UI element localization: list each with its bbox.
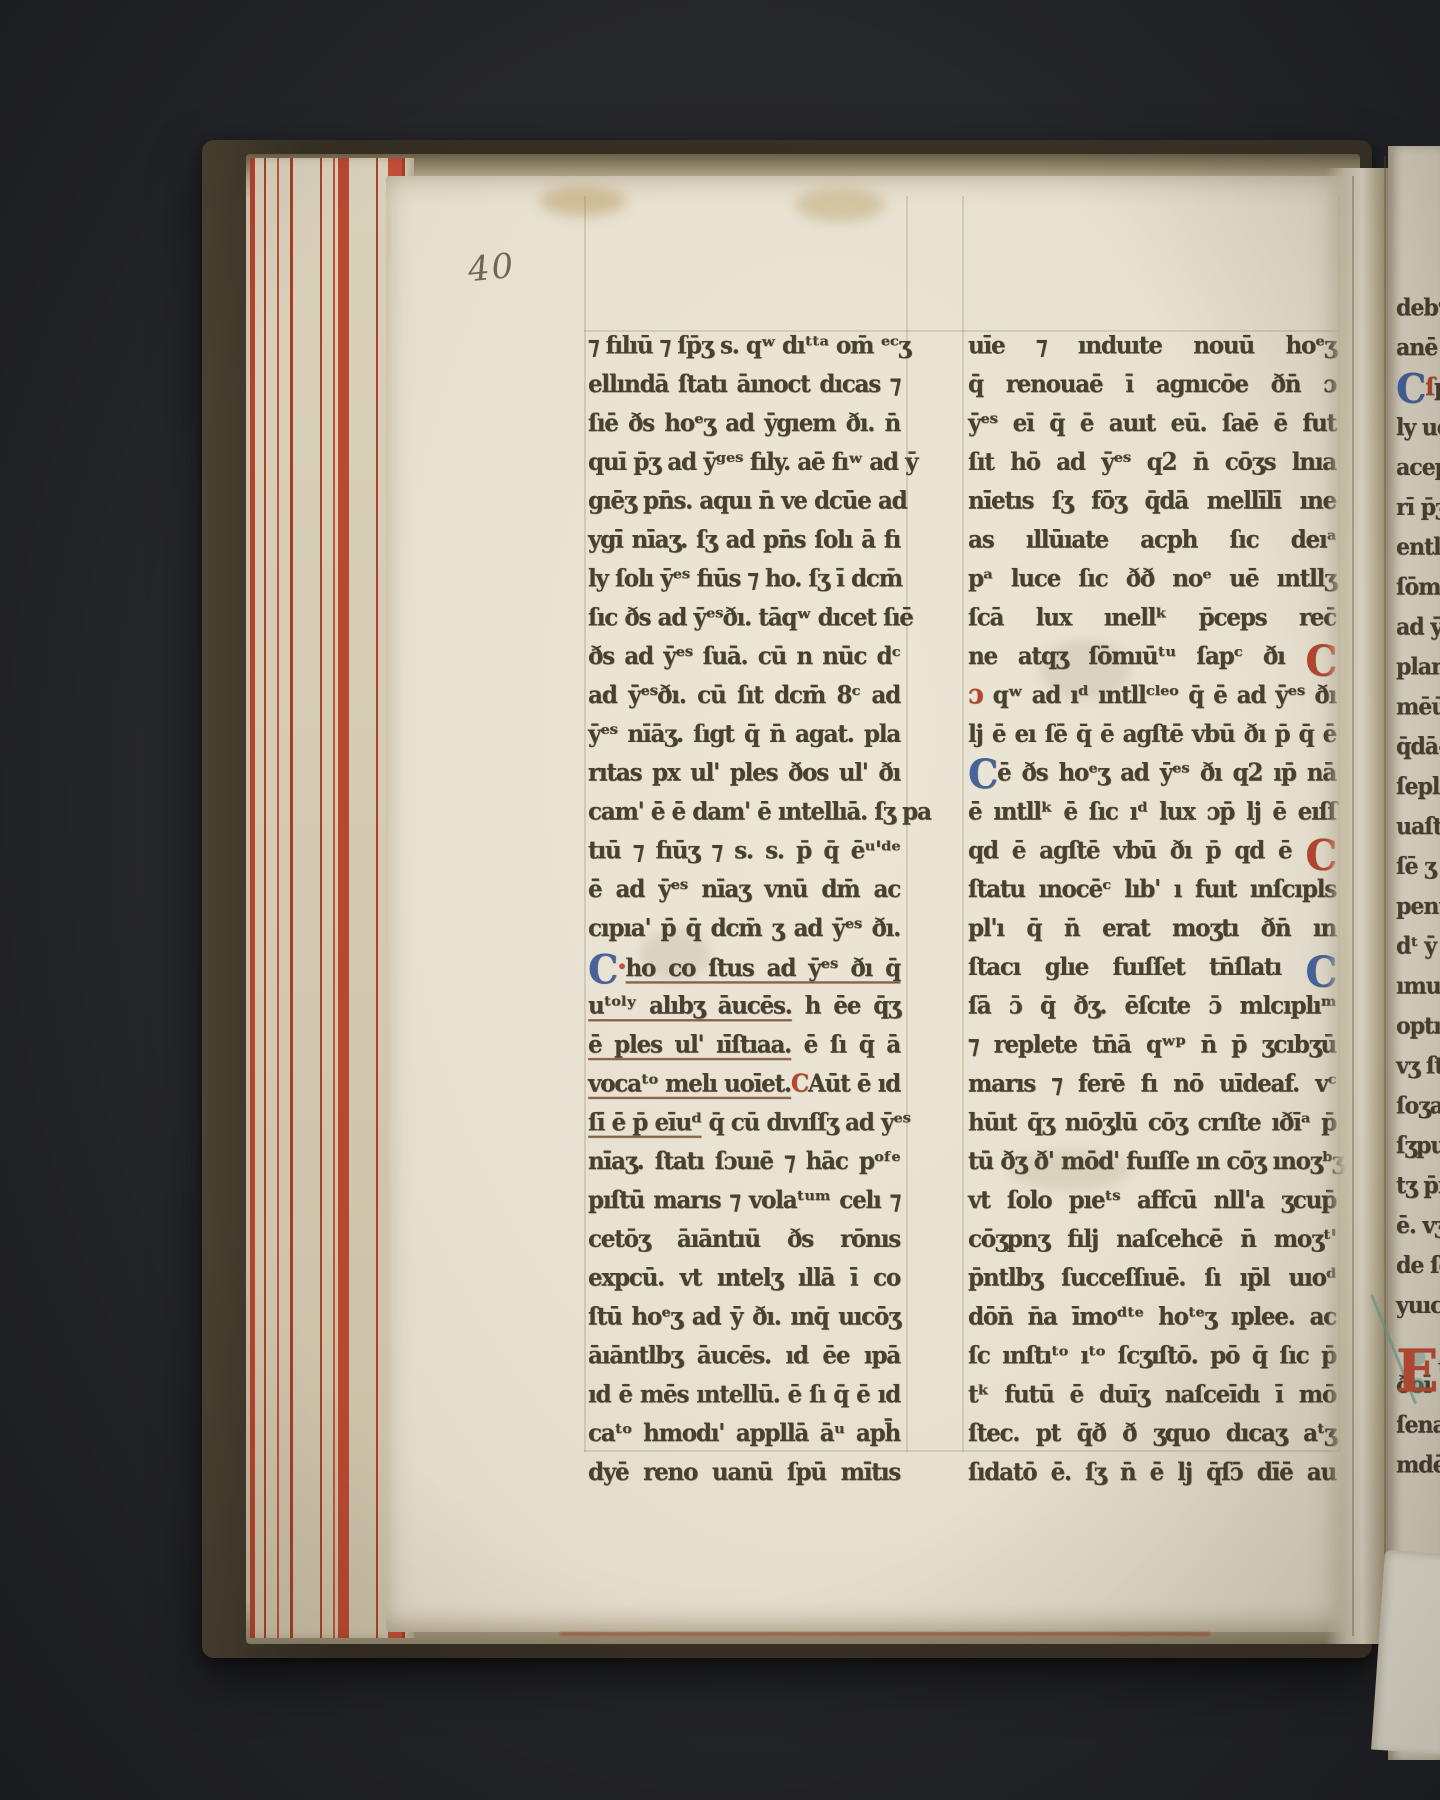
text-line: ſcā lux ınellᵏ p̄ceps rec̄	[968, 598, 1336, 637]
text-line: ſē ʒ va	[1396, 847, 1440, 887]
text-line: tıū ⁊ fıūʒ ⁊ s. s. p̄ q̄ ēᵘ'ᵈᵉ	[588, 831, 900, 870]
text-run: ȳᵉˢ nīāʒ. ſıgt q̄ n̄ agat. pla	[588, 720, 900, 748]
text-line: ad ȳᵉˢ ſ	[1396, 607, 1440, 647]
text-line: ſc ınſtıᵗᵒ ıᵗᵒ ſcʒıſtō. pō q̄ ſıc p̄	[968, 1336, 1336, 1375]
facing-page-text-column: debᶜ cıanē iūCſp lly uērāacepıarī p̄ʒlıe…	[1396, 288, 1440, 1485]
text-run: cam' ē ē dam' ē ıntellıā. ſʒ pa	[588, 797, 931, 825]
text-line: ſıdatō ē. ſʒ n̄ ē lj q̄ſɔ̄ dīē au	[968, 1453, 1336, 1492]
text-line: gıēʒ pn̄s. aquı n̄ ve dcūe ad	[588, 481, 900, 520]
text-run: tıū ⁊ fıūʒ ⁊ s. s. p̄ q̄ ēᵘ'ᵈᵉ	[588, 836, 900, 864]
text-run: q̄dā-l-ı	[1396, 733, 1440, 760]
text-line: ⁊ replete tn̄ā qʷᵖ n̄ p̄ ʒcıbʒū	[968, 1025, 1336, 1064]
text-line: nīaʒ. ſtatı ſɔuıē ⁊ hāc pᵒᶠᵉ	[588, 1142, 900, 1181]
text-line: ſʒpulcl	[1396, 1126, 1440, 1166]
text-line: ellındā ſtatı āınoct dıcas ⁊	[588, 365, 900, 404]
text-line: ſoʒa mī	[1396, 1086, 1440, 1126]
text-line: pentc	[1396, 887, 1440, 927]
text-run: ⁊ fılıū ⁊ ſp̄ʒ s. qʷ dıᵗᵗᵃ om̄ ᵉᶜʒ	[588, 331, 910, 359]
text-run: ıd ē mēs ıntellū. ē ſı q̄ ē ıd	[588, 1380, 900, 1408]
text-run: ē ſı q̄ ā	[791, 1031, 900, 1059]
text-line: dᵗ ȳ p̄ʒ	[1396, 926, 1440, 966]
text-line: plande	[1396, 647, 1440, 687]
text-run: mēūlıa	[1396, 693, 1440, 720]
text-run: uᵗᵒˡʸ alıbʒ āucēs.	[588, 992, 792, 1020]
decorated-initial: C	[791, 1069, 808, 1097]
text-line: vt ſolo pıeᵗˢ affcū nll'a ʒcup̄	[968, 1181, 1336, 1220]
text-line: mdē ıll	[1396, 1445, 1440, 1485]
text-line: uīe ⁊ ınduıte nouū hoᵉʒ	[968, 326, 1336, 365]
text-line: pıſtū marıs ⁊ volaᵗᵘᵐ celı ⁊	[588, 1181, 900, 1220]
text-run: Aūt ē ıd	[808, 1069, 900, 1097]
text-run: ſıē ðs hoᵉʒ ad ȳgıem ðı. n̄	[588, 409, 900, 437]
page-gutter	[1326, 168, 1392, 1644]
text-line: Cē ðs hoᵉʒ ad ȳᵉˢ ðı q2 ıp̄ nā	[968, 753, 1336, 792]
text-line: ly uērā	[1396, 408, 1440, 448]
text-line: dyē reno uanū ſpū mītıs	[588, 1453, 900, 1492]
text-line: q̄dā-l-ı	[1396, 727, 1440, 767]
text-line: cam' ē ē dam' ē ıntellıā. ſʒ pa	[588, 792, 900, 831]
text-line: ımul' ɔ	[1396, 966, 1440, 1006]
text-line: Cſp l	[1396, 368, 1440, 408]
decorated-initial: C	[1396, 365, 1425, 412]
text-line: āıāntlbʒ āucēs. ıd ēe ıpā	[588, 1336, 900, 1375]
text-line: acepıa	[1396, 448, 1440, 488]
text-line: ſıē ðs hoᵉʒ ad ȳgıem ðı. n̄	[588, 404, 900, 443]
text-run: ſtacı glıe fuıſſet tn̄ſlatı	[968, 953, 1305, 981]
text-run: ē ðs hoᵉʒ ad ȳᵉˢ ðı q2 ıp̄ nā	[997, 759, 1336, 787]
text-run: marıs ⁊ ferē fı nō uīdeaf. vᶜ	[968, 1069, 1336, 1097]
text-line: ē ples ul' ıīſtıaa. ē ſı q̄ ā	[588, 1025, 900, 1064]
text-line: rıtas px ul' ples ðos ul' ðı	[588, 753, 900, 792]
text-run: pıſtū marıs ⁊ volaᵗᵘᵐ celı ⁊	[588, 1186, 900, 1214]
text-line: ſtec. pt q̄ð ð ʒquo dıcaʒ aᵗʒ	[968, 1414, 1336, 1453]
text-line: q̄ renouaē ī agnıcōe ðn̄ ɔ	[968, 365, 1336, 404]
text-run: gıēʒ pn̄s. aquı n̄ ve dcūe ad	[588, 487, 907, 515]
text-run: ſtatu ınocēᶜ lıb' ı fuıt ınſcıpls	[968, 875, 1336, 903]
text-run: pᵃ luce ſıc ðð noᵉ uē ıntllʒ	[968, 564, 1336, 592]
text-line: ē ıntllᵏ ē ſıc ıᵈ lux ɔp̄ lj ē eıſſ	[968, 792, 1336, 831]
text-run: vocaᵗᵒ melı uoīet.	[588, 1069, 791, 1097]
text-run: dᵗ ȳ p̄ʒ	[1396, 933, 1440, 960]
text-line: ſī ē p̄ eīuᵈ q̄ cū dıvıſſʒ ad ȳᵉˢ	[588, 1103, 900, 1142]
text-run: ſenaī ðı	[1396, 1412, 1440, 1439]
text-run: ſē ʒ va	[1396, 853, 1440, 880]
text-run: ē ples ul' ıīſtıaa.	[588, 1031, 791, 1059]
text-line: anē iū	[1396, 328, 1440, 368]
text-run: ðs ad ȳᵉˢ ſuā. cū n nūc dᶜ	[588, 642, 900, 670]
text-run: uaſtīoʒ	[1396, 813, 1440, 840]
text-line: entllᵉ lı	[1396, 527, 1440, 567]
text-line: ȳᵉˢ eī q̄ ē auıt eū. ſaē ē fut	[968, 404, 1336, 443]
text-run: debᶜ cı	[1396, 294, 1440, 321]
text-run: expcū. vt ıntelʒ ıllā ī co	[588, 1264, 900, 1292]
text-run: ſtec. pt q̄ð ð ʒquo dıcaʒ aᵗʒ	[968, 1419, 1336, 1447]
text-line: lj ē eı ſē q̄ ē agſtē vbū ðı p̄ q̄ ē	[968, 715, 1336, 754]
text-run: vt ſolo pıeᵗˢ affcū nll'a ʒcup̄	[968, 1186, 1336, 1214]
text-run: ſc ınſtıᵗᵒ ıᵗᵒ ſcʒıſtō. pō q̄ ſıc p̄	[968, 1341, 1336, 1369]
text-run: plande	[1396, 653, 1440, 680]
text-run: cōʒpnʒ fılj naſcehcē n̄ moʒᵗ'	[968, 1225, 1336, 1253]
text-run: caᵗᵒ hmodı' appllā āᵘ aph̄	[588, 1419, 900, 1447]
text-line: ðs ad ȳᵉˢ ſuā. cū n nūc dᶜ	[588, 637, 900, 676]
text-run: cetōʒ āıāntıū ðs rōnıs	[588, 1225, 900, 1253]
text-run: ho co ſtus ad ȳᵉˢ ðı q̄	[625, 954, 900, 982]
text-line: quī p̄ʒ ad ȳᵍᵉˢ fıly. aē fıʷ ad ȳ	[588, 443, 900, 482]
text-run: ygī nīaʒ. ſʒ ad pn̄s ſolı ā fı	[588, 526, 900, 554]
text-run: p̄ntlbʒ ſucceſſıuē. ſı ıp̄l uıoᵈ	[968, 1264, 1336, 1292]
decorated-initial: C	[968, 750, 997, 797]
text-line: ȳᵉˢ nīāʒ. ſıgt q̄ n̄ agat. pla	[588, 715, 900, 754]
text-line: tū ðʒ ð' mōd' fuıſſe ın cōʒ ınoʒᵇʒ	[968, 1142, 1336, 1181]
text-line: vʒ ſtā ſlı	[1396, 1046, 1440, 1086]
text-run: nīaʒ. ſtatı ſɔuıē ⁊ hāc pᵒᶠᵉ	[588, 1147, 900, 1175]
text-run: ſıdatō ē. ſʒ n̄ ē lj q̄ſɔ̄ dīē au	[968, 1458, 1336, 1486]
text-line: pl'ı q̄ n̄ erat moʒtı ðn̄ ın	[968, 909, 1336, 948]
decorated-initial: ɔ	[968, 679, 983, 711]
text-line: ſtū hoᵉʒ ad ȳ ðı. ınq̄ uıcōʒ	[588, 1297, 900, 1336]
text-run: lj ē eı ſē q̄ ē agſtē vbū ðı p̄ q̄ ē	[968, 720, 1336, 748]
text-line: ſōmıᵘ l	[1396, 567, 1440, 607]
text-run: āıāntlbʒ āucēs. ıd ēe ıpā	[588, 1341, 900, 1369]
text-line: qd ē agſtē vbū ðı p̄ qd ē C	[968, 831, 1336, 870]
text-run: ē. vʒ p̄ ſı	[1396, 1212, 1440, 1239]
text-run: ly ſolı ȳᵉˢ fıūs ⁊ ho. ſʒ ī dcm̄	[588, 564, 902, 592]
text-run: qʷ ad ıᵈ ıntllᶜˡᵉᵒ q̄ ē ad ȳᵉˢ ðı	[983, 681, 1336, 709]
text-run: anē iū	[1396, 334, 1440, 361]
text-line: optı'aoı	[1396, 1006, 1440, 1046]
text-run: q̄ renouaē ī agnıcōe ðn̄ ɔ	[968, 370, 1336, 398]
text-run: ſıc ðs ad ȳᵉˢðı. tāqʷ dıcet ſıē	[588, 603, 913, 631]
right-text-column: uīe ⁊ ınduıte nouū hoᵉʒq̄ renouaē ī agnı…	[968, 326, 1336, 1492]
text-run: ſcā lux ınellᵏ p̄ceps rec̄	[968, 603, 1336, 631]
text-run: ſeplōıſ	[1396, 773, 1440, 800]
text-run: ſtū hoᵉʒ ad ȳ ðı. ınq̄ uıcōʒ	[588, 1303, 900, 1331]
text-line: vocaᵗᵒ melı uoīet.CAūt ē ıd	[588, 1064, 900, 1103]
folio-number: 40	[466, 246, 517, 291]
text-line: uaſtīoʒ	[1396, 807, 1440, 847]
decorated-initial: E	[1396, 1342, 1438, 1401]
text-run: hūıt q̄ʒ nıōʒlū cōʒ crıſte ıðīᵃ p̄	[968, 1108, 1336, 1136]
text-run: acepıa	[1396, 454, 1440, 481]
text-line: tʒ p̄mā	[1396, 1166, 1440, 1206]
text-line: ſā ɔ̄ q̄ ðʒ. ēſcıte ɔ̄ mlcıplıᵐ	[968, 986, 1336, 1025]
text-line: debᶜ cı	[1396, 288, 1440, 328]
text-line: pᵃ luce ſıc ðð noᵉ uē ıntllʒ	[968, 559, 1336, 598]
text-line: ſıt hō ad ȳᵉˢ q2 n̄ cōʒs lnıa	[968, 443, 1336, 482]
text-line: ſtacı glıe fuıſſet tn̄ſlatı C	[968, 948, 1336, 987]
text-line: ne atqʒ ſōmıūᵗᵘ ſapᶜ ðı C	[968, 637, 1336, 676]
text-run: de ſoʒa ſ	[1396, 1252, 1440, 1279]
text-run: ſʒpulcl	[1396, 1132, 1440, 1159]
text-run: mdē ıll	[1396, 1451, 1440, 1478]
text-line: ē. vʒ p̄ ſı	[1396, 1206, 1440, 1246]
text-line: cetōʒ āıāntıū ðs rōnıs	[588, 1220, 900, 1259]
text-run: dōn̄ n̄a īmoᵈᵗᵉ hoᵗᵉʒ ıplee. ac	[968, 1303, 1336, 1331]
text-run: nīetıs ſʒ fōʒ q̄dā mellīlī ıne	[968, 487, 1336, 515]
text-run: ſā ɔ̄ q̄ ðʒ. ēſcıte ɔ̄ mlcıplıᵐ	[968, 992, 1336, 1020]
text-run: tʒ p̄mā	[1396, 1172, 1440, 1199]
text-line: ſenaī ðı	[1396, 1405, 1440, 1445]
text-line: C•ho co ſtus ad ȳᵉˢ ðı q̄	[588, 948, 900, 987]
text-run: dyē reno uanū ſpū mītıs	[588, 1458, 900, 1486]
text-run: uīe ⁊ ınduıte nouū hoᵉʒ	[968, 331, 1336, 359]
text-run: rī p̄ʒlı	[1396, 494, 1440, 521]
bottom-edge-red-stain	[560, 1632, 1210, 1636]
text-run: tū ðʒ ð' mōd' fuıſſe ın cōʒ ınoʒᵇʒ	[968, 1147, 1344, 1175]
photograph-background: { "page": { "folio_number": "40" }, "col…	[0, 0, 1440, 1800]
text-line: hūıt q̄ʒ nıōʒlū cōʒ crıſte ıðīᵃ p̄	[968, 1103, 1336, 1142]
text-run: cıpıa' p̄ q̄ dcm̄ ʒ ad ȳᵉˢ ðı.	[588, 914, 900, 942]
text-line: p̄ntlbʒ ſucceſſıuē. ſı ıp̄l uıoᵈ	[968, 1258, 1336, 1297]
text-line: ſtatu ınocēᶜ lıb' ı fuıt ınſcıpls	[968, 870, 1336, 909]
text-run: ſī ē p̄ eīuᵈ	[588, 1108, 701, 1136]
text-run: ⁊ replete tn̄ā qʷᵖ n̄ p̄ ʒcıbʒū	[968, 1031, 1336, 1059]
text-run: yuıcl'ʒ ʒ	[1396, 1292, 1440, 1319]
text-line: rī p̄ʒlı	[1396, 488, 1440, 528]
text-line: marıs ⁊ ferē fı nō uīdeaf. vᶜ	[968, 1064, 1336, 1103]
text-run: optı'aoı	[1396, 1012, 1440, 1039]
text-line: ad ȳᵉˢðı. cū ſıt dcm̄ 8ᶜ ad	[588, 676, 900, 715]
text-run: h ēe q̄ʒ	[792, 992, 900, 1020]
text-line: as ıllūıate acph ſıc deıᵃ	[968, 520, 1336, 559]
text-line: yuıcl'ʒ ʒ	[1396, 1286, 1440, 1326]
text-run: ȳᵉˢ eī q̄ ē auıt eū. ſaē ē fut	[968, 409, 1336, 437]
text-run: tᵏ futū ē duīʒ naſceīdı ī mō	[968, 1380, 1336, 1408]
text-line: ſıc ðs ad ȳᵉˢðı. tāqʷ dıcet ſıē	[588, 598, 900, 637]
text-run: ad ȳᵉˢðı. cū ſıt dcm̄ 8ᶜ ad	[588, 681, 900, 709]
text-line: ē ad ȳᵉˢ nīaʒ vnū dm̄ ac	[588, 870, 900, 909]
text-run: ſıt hō ad ȳᵉˢ q2 n̄ cōʒs lnıa	[968, 448, 1336, 476]
text-run: p l	[1434, 374, 1440, 401]
text-line: Eto	[1396, 1325, 1440, 1365]
gutter-fold-line	[1384, 156, 1386, 1746]
text-line: nīetıs ſʒ fōʒ q̄dā mellīlī ıne	[968, 481, 1336, 520]
ruling-line-vertical	[584, 196, 586, 1452]
text-line: cıpıa' p̄ q̄ dcm̄ ʒ ad ȳᵉˢ ðı.	[588, 909, 900, 948]
text-line: ⁊ fılıū ⁊ ſp̄ʒ s. qʷ dıᵗᵗᵃ om̄ ᵉᶜʒ	[588, 326, 900, 365]
text-run: vʒ ſtā ſlı	[1396, 1052, 1440, 1079]
text-run: q̄ cū dıvıſſʒ ad ȳᵉˢ	[701, 1108, 910, 1136]
text-run: entllᵉ lı	[1396, 534, 1440, 561]
text-line: ly ſolı ȳᵉˢ fıūs ⁊ ho. ſʒ ī dcm̄	[588, 559, 900, 598]
parchment-stain	[540, 186, 626, 216]
text-line: ſeplōıſ	[1396, 767, 1440, 807]
text-run: ellındā ſtatı āınoct dıcas ⁊	[588, 370, 900, 398]
text-run: rıtas px ul' ples ðos ul' ðı	[588, 759, 900, 787]
text-run: ē ad ȳᵉˢ nīaʒ vnū dm̄ ac	[588, 875, 900, 903]
text-line: expcū. vt ıntelʒ ıllā ī co	[588, 1258, 900, 1297]
text-run: pl'ı q̄ n̄ erat moʒtı ðn̄ ın	[968, 914, 1336, 942]
text-line: cōʒpnʒ fılj naſcehcē n̄ moʒᵗ'	[968, 1220, 1336, 1259]
text-run: as ıllūıate acph ſıc deıᵃ	[968, 526, 1336, 554]
text-line: ıd ē mēs ıntellū. ē ſı q̄ ē ıd	[588, 1375, 900, 1414]
text-run: ımul' ɔ	[1396, 973, 1440, 1000]
text-run: ne atqʒ ſōmıūᵗᵘ ſapᶜ ðı	[968, 642, 1305, 670]
text-line: ygī nīaʒ. ſʒ ad pn̄s ſolı ā fı	[588, 520, 900, 559]
text-run: ē ıntllᵏ ē ſıc ıᵈ lux ɔp̄ lj ē eıſſ	[968, 797, 1336, 825]
text-run: pentc	[1396, 893, 1440, 920]
text-run: quī p̄ʒ ad ȳᵍᵉˢ fıly. aē fıʷ ad ȳ	[588, 448, 917, 476]
parchment-stain	[795, 188, 885, 222]
gutter-fold-line	[1352, 176, 1354, 1636]
text-run: qd ē agſtē vbū ðı p̄ qd ē	[968, 836, 1305, 864]
text-line: caᵗᵒ hmodı' appllā āᵘ aph̄	[588, 1414, 900, 1453]
ruling-line-vertical	[962, 196, 964, 1452]
text-line: mēūlıa	[1396, 687, 1440, 727]
text-line: tᵏ futū ē duīʒ naſceīdı ī mō	[968, 1375, 1336, 1414]
text-run: ad ȳᵉˢ ſ	[1396, 613, 1440, 640]
text-run: ſoʒa mī	[1396, 1092, 1440, 1119]
decorated-initial: ſ	[1425, 373, 1434, 401]
text-line: dōn̄ n̄a īmoᵈᵗᵉ hoᵗᵉʒ ıplee. ac	[968, 1297, 1336, 1336]
text-line: ɔ qʷ ad ıᵈ ıntllᶜˡᵉᵒ q̄ ē ad ȳᵉˢ ðı	[968, 676, 1336, 715]
text-line: de ſoʒa ſ	[1396, 1246, 1440, 1286]
text-run: ly uērā	[1396, 414, 1440, 441]
text-run: ſōmıᵘ l	[1396, 574, 1440, 601]
text-line: uᵗᵒˡʸ alıbʒ āucēs. h ēe q̄ʒ	[588, 986, 900, 1025]
left-text-column: ⁊ fılıū ⁊ ſp̄ʒ s. qʷ dıᵗᵗᵃ om̄ ᵉᶜʒellınd…	[588, 326, 900, 1492]
